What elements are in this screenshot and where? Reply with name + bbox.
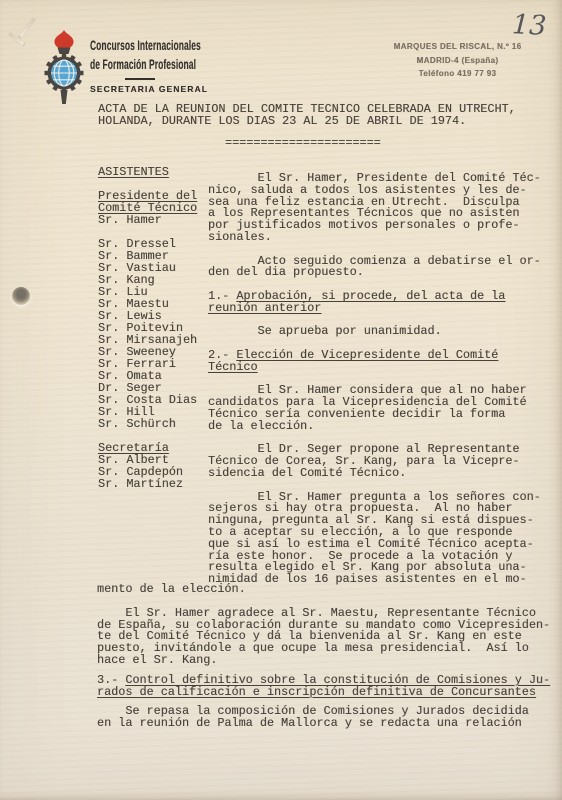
torch-globe-gear-icon bbox=[42, 30, 86, 104]
document-title: ACTA DE LA REUNION DEL COMITE TECNICO CE… bbox=[98, 103, 516, 150]
attendee-name: Sr. Schürch bbox=[98, 418, 216, 430]
paragraph: El Sr. Hamer agradece al Sr. Maestu, Rep… bbox=[97, 608, 559, 667]
paragraph: Acto seguido comienza a debatirse el or-… bbox=[208, 256, 558, 280]
org-name-line1: Concursos Internacionales bbox=[90, 36, 201, 55]
text-line: 2.- Elección de Vicepresidente del Comit… bbox=[208, 350, 558, 362]
paragraph: Se repasa la composición de Comisiones y… bbox=[97, 706, 559, 730]
text-line: den del dia propuesto. bbox=[208, 267, 558, 279]
paragraph: El Sr. Hamer, Presidente del Comité Téc-… bbox=[208, 173, 558, 244]
text-line: sionales. bbox=[208, 232, 558, 244]
address-line: MARQUES DEL RISCAL, N.º 16 bbox=[375, 40, 540, 54]
heading-text: Elección de Vicepresidente del Comité bbox=[236, 348, 498, 362]
section-heading: 3.- Control definitivo sobre la constitu… bbox=[97, 675, 559, 699]
attendee-name: Sr. Hamer bbox=[98, 214, 216, 226]
attendee-name: Sr. Martínez bbox=[98, 478, 216, 490]
text-line: hace el Sr. Kang. bbox=[97, 655, 559, 667]
text-line: en la reunión de Palma de Mallorca y se … bbox=[97, 718, 559, 730]
org-name-block: Concursos Internacionales de Formación P… bbox=[90, 36, 275, 94]
attendees-list: ASISTENTES Presidente delComité TécnicoS… bbox=[98, 166, 216, 502]
paragraph: Se aprueba por unanimidad. bbox=[208, 326, 558, 338]
paragraph: El Dr. Seger propone al RepresentanteTéc… bbox=[208, 444, 558, 479]
section-heading: 2.- Elección de Vicepresidente del Comit… bbox=[208, 350, 558, 374]
heading-text: rados de calificación e inscripción defi… bbox=[97, 685, 536, 699]
attendee-group: Presidente delComité TécnicoSr. Hamer bbox=[98, 190, 216, 226]
text-line: Se aprueba por unanimidad. bbox=[208, 326, 558, 338]
minutes-body-full-width: mento de la elección. El Sr. Hamer agrad… bbox=[97, 584, 559, 738]
address-block: MARQUES DEL RISCAL, N.º 16 MADRID-4 (Esp… bbox=[375, 40, 540, 81]
section-heading: 1.- Aprobación, si procede, del acta de … bbox=[208, 291, 558, 315]
hole-punch bbox=[12, 287, 30, 305]
text-line: rados de calificación e inscripción defi… bbox=[97, 687, 559, 699]
minutes-body-column: El Sr. Hamer, Presidente del Comité Téc-… bbox=[208, 173, 558, 598]
org-name-line2: de Formación Profesional bbox=[90, 55, 201, 74]
text-line: Técnico bbox=[208, 362, 558, 374]
page-number: 13 bbox=[511, 9, 547, 42]
title-line: HOLANDA, DURANTE LOS DIAS 23 AL 25 DE AB… bbox=[98, 115, 516, 127]
attendee-group: SecretaríaSr. AlbertSr. CapdepónSr. Mart… bbox=[98, 442, 216, 490]
brand-divider bbox=[125, 78, 155, 80]
staple-mark-icon bbox=[10, 14, 44, 54]
staple-scratch bbox=[19, 18, 36, 38]
text-line: sidencia del Comité Técnico. bbox=[208, 468, 558, 480]
document-page: 13 Concursos Internacionales de Formació… bbox=[0, 0, 562, 800]
title-separator: ====================== bbox=[225, 137, 516, 149]
address-line: MADRID-4 (España) bbox=[375, 54, 540, 68]
address-line: Teléfono 419 77 93 bbox=[375, 67, 540, 81]
attendees-heading: ASISTENTES bbox=[98, 166, 216, 178]
attendees-heading-text: ASISTENTES bbox=[98, 165, 169, 179]
attendee-group: Sr. DresselSr. BammerSr. VastiauSr. Kang… bbox=[98, 238, 216, 430]
heading-text: Técnico bbox=[208, 360, 258, 374]
paragraph: El Sr. Hamer considera que al no haberca… bbox=[208, 385, 558, 432]
text-line: de la elección. bbox=[208, 421, 558, 433]
text-line: mento de la elección. bbox=[97, 584, 559, 596]
paragraph: mento de la elección. bbox=[97, 584, 559, 596]
heading-text: reunión anterior bbox=[208, 301, 321, 315]
paragraph: El Sr. Hamer pregunta a los señores con-… bbox=[208, 492, 558, 586]
text-line: reunión anterior bbox=[208, 303, 558, 315]
department-name: SECRETARIA GENERAL bbox=[90, 84, 275, 94]
